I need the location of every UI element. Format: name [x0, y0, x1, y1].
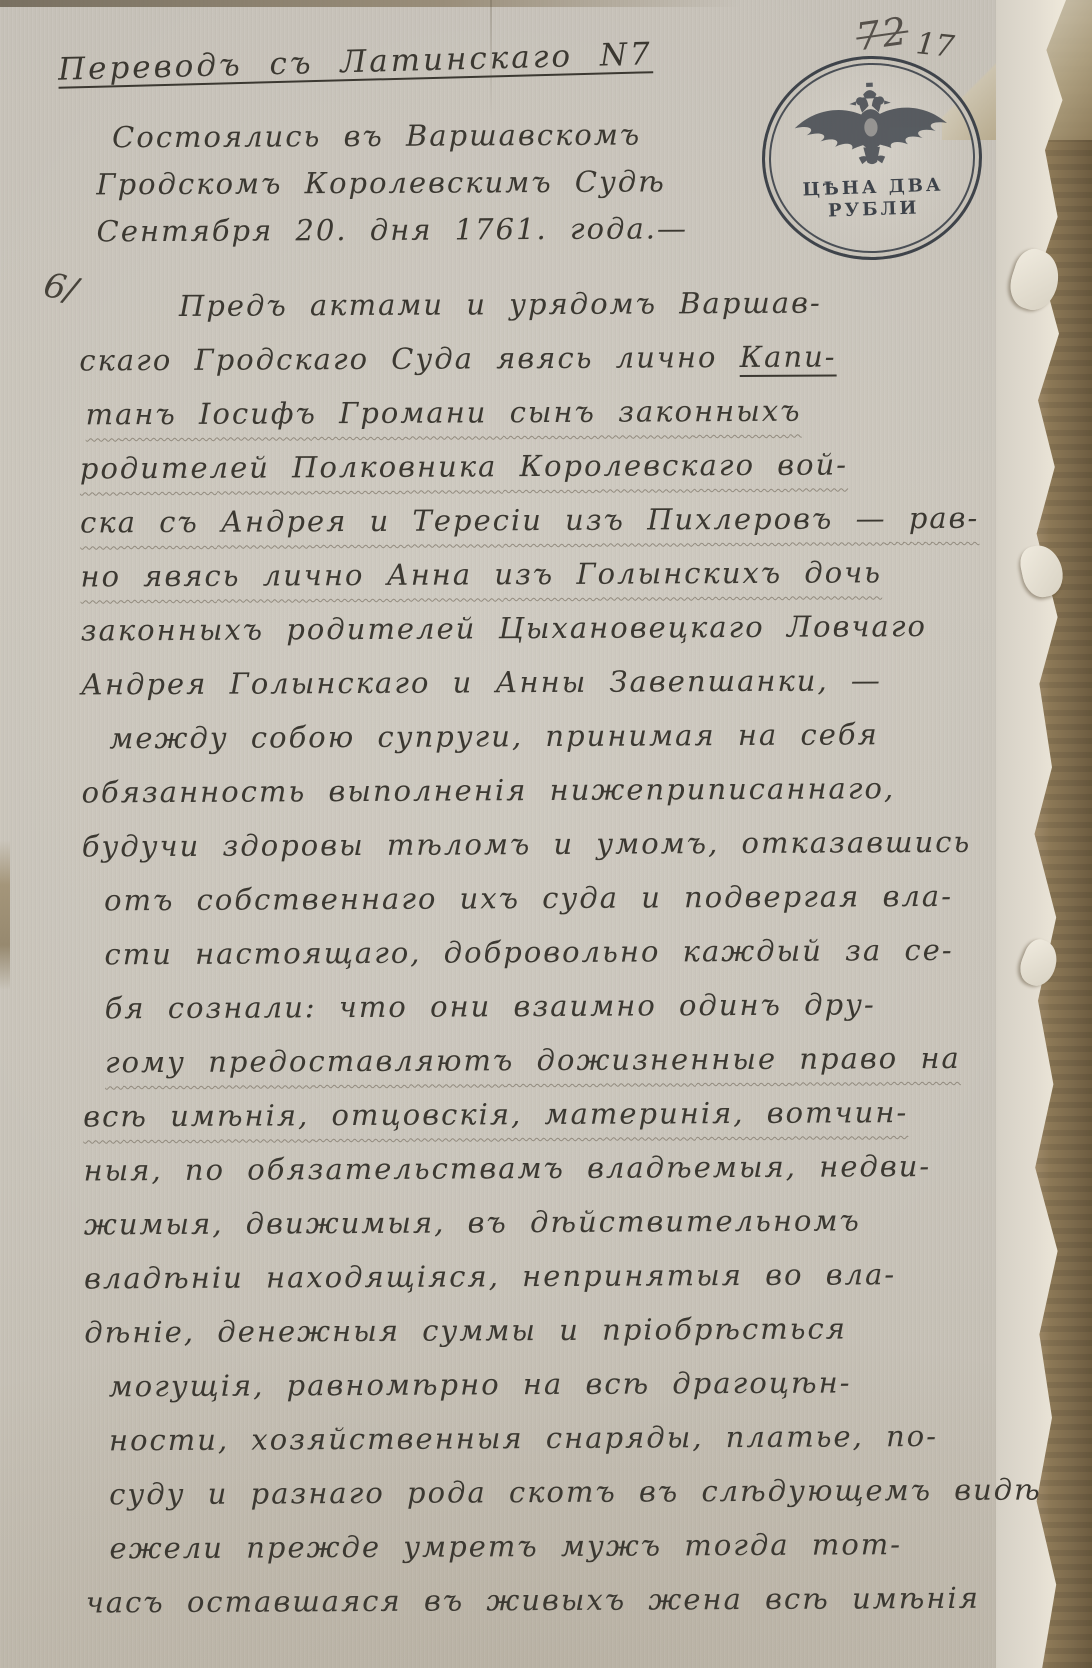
folio-number: 17: [914, 26, 956, 65]
text-line: владѣніи находящіяся, непринятыя во вла-: [84, 1257, 1024, 1316]
text-line: могущія, равномѣрно на всѣ драгоцѣн-: [85, 1365, 1025, 1424]
text-line: сти настоящаго, добровольно каждый за се…: [82, 933, 1022, 992]
text-line: отъ собственнаго ихъ суда и подвергая вл…: [82, 879, 1022, 938]
text-line: законныхъ родителей Цыхановецкаго Ловчаг…: [81, 609, 1021, 668]
text-line: ности, хозяйственныя снаряды, платье, по…: [85, 1419, 1025, 1478]
text-line: всѣ имѣнія, отцовскія, материнія, вотчин…: [83, 1095, 1023, 1154]
document-title: Переводъ съ Латинскаго N7: [58, 36, 654, 88]
text-line: будучи здоровы тѣломъ и умомъ, отказавши…: [82, 825, 1022, 884]
text-line: Андрея Голынскаго и Анны Завепшанки, —: [81, 663, 1021, 722]
text-line: ежели прежде умретъ мужъ тогда тот-: [85, 1527, 1025, 1586]
text-line: обязанность выполненія нижеприписаннаго,: [81, 771, 1021, 830]
margin-mark: 6/: [40, 265, 81, 311]
folio-number-struck: 72: [853, 9, 911, 60]
line-text: скаго Гродскаго Суда явясь лично: [79, 340, 740, 377]
text-line: Состоялись въ Варшавскомъ: [78, 116, 1018, 168]
scanned-document-page: Переводъ съ Латинскаго N7 72 17: [0, 0, 1092, 1668]
text-line: гому предоставляютъ дожизненные право на: [83, 1041, 1023, 1100]
text-line: жимыя, движимыя, въ дѣйствительномъ: [84, 1203, 1024, 1262]
text-line: дѣніе, денежныя суммы и пріобрѣсться: [84, 1311, 1024, 1370]
text-line: ныя, по обязательствамъ владѣемыя, недви…: [83, 1149, 1023, 1208]
text-line: ска съ Андрея и Тересіи изъ Пихлеровъ — …: [80, 501, 1020, 560]
text-line: Предъ актами и урядомъ Варшав-: [79, 285, 1019, 344]
page-left-edge: [0, 840, 10, 990]
text-line: суду и разнаго рода скотъ въ слѣдующемъ …: [85, 1473, 1025, 1532]
text-line: бя сознали: что они взаимно одинъ дру-: [83, 987, 1023, 1046]
document-body: Состоялись въ ВаршавскомъГродскомъ Корол…: [78, 116, 1026, 1640]
text-line: Сентября 20. дня 1761. года.—: [79, 210, 1019, 262]
text-line: танъ Іосифъ Громани сынъ законныхъ: [79, 393, 1019, 452]
underlined-word: Капи-: [740, 340, 837, 375]
text-line: Гродскомъ Королевскимъ Судѣ: [78, 163, 1018, 215]
text-line: но явясь лично Анна изъ Голынскихъ дочь: [80, 555, 1020, 614]
text-line: часъ оставшаяся въ живыхъ жена всѣ имѣні…: [86, 1581, 1026, 1640]
text-line: родителей Полковника Королевскаго вой-: [80, 447, 1020, 506]
page-top-edge: [0, 0, 740, 7]
text-line: скаго Гродскаго Суда явясь лично Капи-: [79, 339, 1019, 398]
text-line: между собою супруги, принимая на себя: [81, 717, 1021, 776]
